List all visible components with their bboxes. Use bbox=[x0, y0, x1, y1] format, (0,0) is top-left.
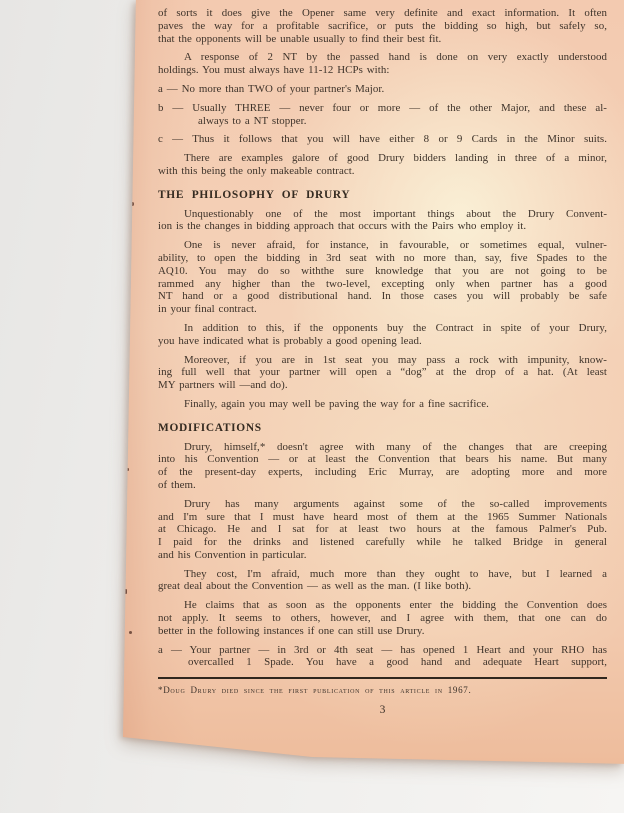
text-line: great deal about the Convention — as wel… bbox=[158, 580, 607, 593]
text-line: Drury has many arguments against some of… bbox=[158, 498, 607, 511]
text-line: In addition to this, if the opponents bu… bbox=[158, 322, 607, 335]
staple-mark bbox=[131, 202, 134, 206]
section-heading: THE PHILOSOPHY OF DRURY bbox=[158, 189, 607, 202]
paragraph: He claims that as soon as the opponents … bbox=[158, 599, 607, 637]
text-line: ing full well that your partner will ope… bbox=[158, 366, 607, 379]
text-line: c — Thus it follows that you will have e… bbox=[158, 133, 607, 146]
paragraph: One is never afraid, for instance, in fa… bbox=[158, 239, 607, 316]
text-line: a — No more than TWO of your partner's M… bbox=[158, 83, 607, 96]
text-line: ion is the changes in bidding approach t… bbox=[158, 220, 607, 233]
text-line: better in the following instances if one… bbox=[158, 625, 607, 638]
text-line: I paid for the drinks and listened caref… bbox=[158, 536, 607, 549]
paragraph: Moreover, if you are in 1st seat you may… bbox=[158, 354, 607, 392]
text-line: and I'm sure that I must have heard most… bbox=[158, 511, 607, 524]
footnote-rule bbox=[158, 677, 607, 679]
text-column: of sorts it does give the Opener same ve… bbox=[158, 7, 607, 717]
text-line: in your final contract. bbox=[158, 303, 607, 316]
staple-mark bbox=[130, 159, 133, 163]
scanned-page-photo: of sorts it does give the Opener same ve… bbox=[0, 0, 624, 813]
paragraph: There are examples galore of good Drury … bbox=[158, 152, 607, 178]
staple-mark bbox=[127, 468, 129, 471]
text-line: MY partners will —and do). bbox=[158, 379, 607, 392]
paper-page: of sorts it does give the Opener same ve… bbox=[0, 0, 624, 813]
text-line: One is never afraid, for instance, in fa… bbox=[158, 239, 607, 252]
text-line: Moreover, if you are in 1st seat you may… bbox=[158, 354, 607, 367]
text-line: rammed any higher than the two-level, ex… bbox=[158, 278, 607, 291]
content-blocks: of sorts it does give the Opener same ve… bbox=[158, 7, 607, 669]
text-line: Unquestionably one of the most important… bbox=[158, 208, 607, 221]
text-line: They cost, I'm afraid, much more than th… bbox=[158, 568, 607, 581]
text-line: not apply. It seems to others, however, … bbox=[158, 612, 607, 625]
text-line: NT hand or a good distributional hand. I… bbox=[158, 290, 607, 303]
text-line: into his Convention — or at least the Co… bbox=[158, 453, 607, 466]
text-line: and his Convention in particular. bbox=[158, 549, 607, 562]
paragraph: They cost, I'm afraid, much more than th… bbox=[158, 568, 607, 594]
text-line: with this being the only makeable contra… bbox=[158, 165, 607, 178]
text-line: holdings. You must always have 11-12 HCP… bbox=[158, 64, 607, 77]
list-item: b — Usually THREE — never four or more —… bbox=[158, 102, 607, 128]
list-item: a — Your partner — in 3rd or 4th seat — … bbox=[158, 644, 607, 670]
text-line: of sorts it does give the Opener same ve… bbox=[158, 7, 607, 20]
paragraph: Drury, himself,* doesn't agree with many… bbox=[158, 441, 607, 492]
paragraph: of sorts it does give the Opener same ve… bbox=[158, 7, 607, 45]
footnote: *Doug Drury died since the first publica… bbox=[158, 684, 607, 697]
text-line: of the present-day experts, including Er… bbox=[158, 466, 607, 479]
page-number: 3 bbox=[158, 704, 607, 717]
text-line: There are examples galore of good Drury … bbox=[158, 152, 607, 165]
section-heading: MODIFICATIONS bbox=[158, 422, 607, 435]
paragraph: Unquestionably one of the most important… bbox=[158, 208, 607, 234]
text-line: AQ10. You may do so withthe sure knowled… bbox=[158, 265, 607, 278]
text-line: Drury, himself,* doesn't agree with many… bbox=[158, 441, 607, 454]
text-line: you have indicated what is probably a go… bbox=[158, 335, 607, 348]
text-line: b — Usually THREE — never four or more —… bbox=[158, 102, 607, 115]
staple-mark bbox=[129, 631, 132, 634]
page-shadow: of sorts it does give the Opener same ve… bbox=[0, 0, 624, 813]
paragraph: In addition to this, if the opponents bu… bbox=[158, 322, 607, 348]
text-line: He claims that as soon as the opponents … bbox=[158, 599, 607, 612]
paragraph: A response of 2 NT by the passed hand is… bbox=[158, 51, 607, 77]
list-item: a — No more than TWO of your partner's M… bbox=[158, 83, 607, 96]
paragraph: Finally, again you may well be paving th… bbox=[158, 398, 607, 411]
text-line: paves the way for a profitable sacrifice… bbox=[158, 20, 607, 33]
text-line: always to a NT stopper. bbox=[158, 115, 607, 128]
text-line: at Chicago. He and I sat for at least tw… bbox=[158, 523, 607, 536]
text-line: overcalled 1 Spade. You have a good hand… bbox=[158, 656, 607, 669]
list-item: c — Thus it follows that you will have e… bbox=[158, 133, 607, 146]
text-line: a — Your partner — in 3rd or 4th seat — … bbox=[158, 644, 607, 657]
text-line: that the opponents will be unable usuall… bbox=[158, 33, 607, 46]
text-line: Finally, again you may well be paving th… bbox=[158, 398, 607, 411]
staple-mark bbox=[125, 589, 127, 594]
text-line: of them. bbox=[158, 479, 607, 492]
paragraph: Drury has many arguments against some of… bbox=[158, 498, 607, 562]
text-line: ability, to open the bidding in 3rd seat… bbox=[158, 252, 607, 265]
text-line: A response of 2 NT by the passed hand is… bbox=[158, 51, 607, 64]
